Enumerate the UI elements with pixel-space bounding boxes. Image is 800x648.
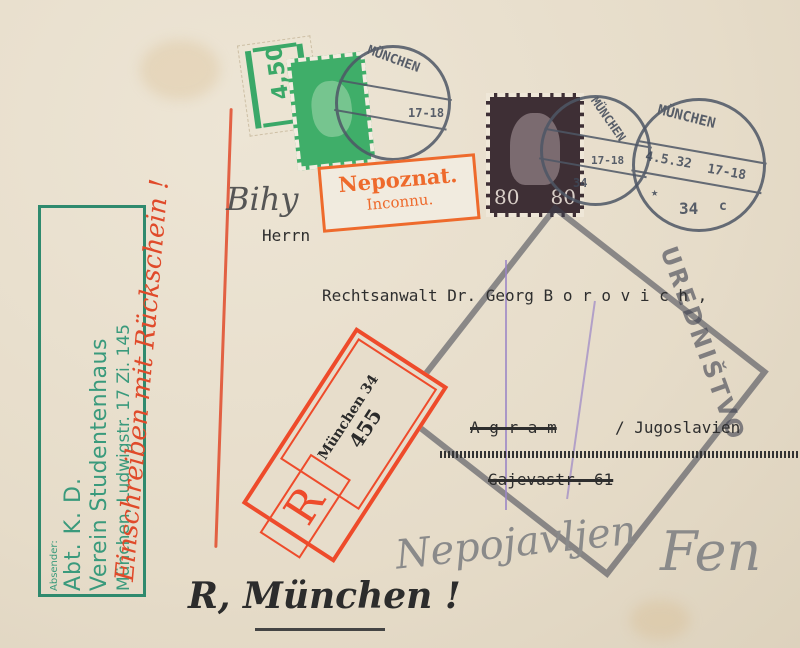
- ink-underline: [255, 628, 385, 631]
- address-street-struck: Gajevastr. 61: [488, 470, 613, 489]
- paper-stain: [140, 40, 220, 100]
- typed-strike-line: [440, 451, 800, 458]
- registration-label: München 34 455 R: [242, 327, 449, 563]
- ink-note: R, München !: [188, 575, 461, 617]
- unknown-addressee-label: Nepoznat. Inconnu.: [317, 153, 480, 233]
- postmark: MÜNCHEN 17-18: [335, 45, 451, 161]
- pencil-signature: Fen: [660, 520, 761, 583]
- handwritten-initials: Bihy: [226, 180, 298, 218]
- postmark: MÜNCHEN 4.5.32 17-18 34 c ★: [632, 98, 766, 232]
- address-country: / Jugoslavien: [615, 418, 740, 437]
- address-name: Rechtsanwalt Dr. Georg B o r o v i c h ,: [322, 286, 707, 305]
- paper-stain: [630, 600, 690, 640]
- sender-line-1: Abt. K. D.: [61, 211, 87, 591]
- sender-line-2: Verein Studentenhaus: [87, 211, 113, 591]
- address-salutation: Herrn: [262, 226, 310, 245]
- envelope: Absender: Abt. K. D. Verein Studentenhau…: [0, 0, 800, 648]
- star-icon: ★: [651, 185, 658, 199]
- red-underline: [214, 108, 232, 548]
- sender-label: Absender:: [49, 211, 61, 591]
- address-city-struck: A g r a m: [470, 418, 557, 437]
